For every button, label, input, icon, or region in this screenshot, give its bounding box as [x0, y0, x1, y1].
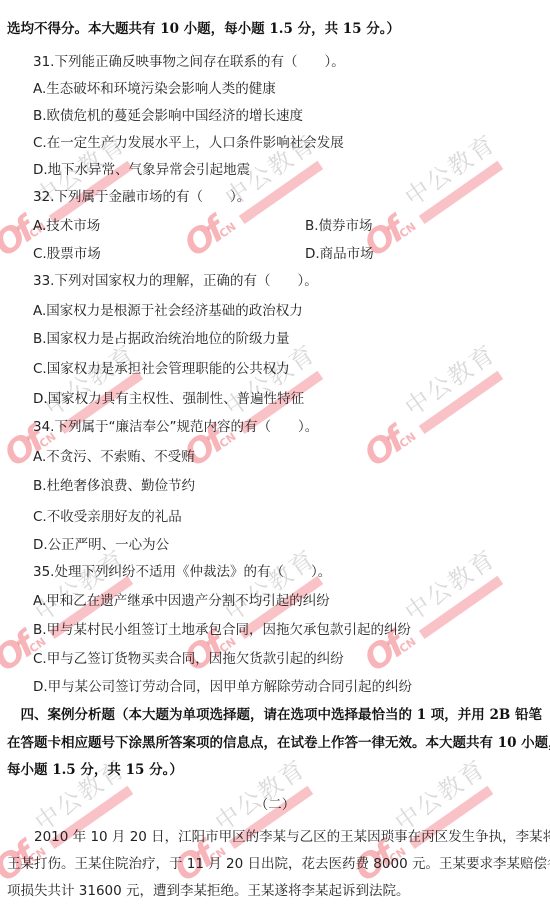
question-31-option-b: B.欧债危机的蔓延会影响中国经济的增长速度	[33, 108, 303, 124]
question-31-option-c: C.在一定生产力发展水平上，人口条件影响社会发展	[33, 135, 344, 151]
watermark-logo: OfCN 中公教育	[328, 94, 519, 265]
question-35-stem: 35.处理下列纠纷不适用《仲裁法》的有（ ）。	[33, 564, 331, 580]
question-32-option-a: A.技术市场	[33, 218, 100, 234]
section-4-instruction-line-2: 在答题卡相应题号下涂黑所答案项的信息点，在试卷上作答一律无效。本大题共有 10 …	[7, 735, 550, 751]
question-35-option-c: C.甲与乙签订货物买卖合同，因拖欠货款引起的纠纷	[33, 651, 344, 667]
question-32-option-c: C.股票市场	[33, 246, 101, 262]
question-34-stem: 34.下列属于“廉洁奉公”规范内容的有（ ）。	[33, 419, 318, 435]
question-32-option-b: B.债券市场	[305, 218, 373, 234]
question-33-stem: 33.下列对国家权力的理解，正确的有（ ）。	[33, 273, 318, 289]
question-31-option-a: A.生态破坏和环境污染会影响人类的健康	[33, 81, 276, 97]
question-34-option-a: A.不贪污、不索贿、不受贿	[33, 449, 195, 465]
question-34-option-b: B.杜绝奢侈浪费、勤俭节约	[33, 478, 195, 494]
question-34-option-c: C.不收受亲朋好友的礼品	[33, 509, 182, 525]
case-text-line-1: 2010 年 10 月 20 日，江阳市甲区的李某与乙区的王某因琐事在丙区发生争…	[7, 829, 550, 845]
case-text-line-2: 王某打伤。王某住院治疗，于 11 月 20 日出院，花去医药费 8000 元。王…	[7, 856, 550, 872]
section-4-heading: 四、案例分析题（本大题为单项选择题，请在选项中选择最恰当的 1 项，并用 2B …	[7, 707, 542, 723]
question-33-option-b: B.国家权力是占据政治统治地位的阶级力量	[33, 331, 290, 347]
question-34-option-d: D.公正严明、一心为公	[33, 537, 169, 553]
question-35-option-a: A.甲和乙在遗产继承中因遗产分割不均引起的纠纷	[33, 593, 330, 609]
case-heading: （二）	[0, 797, 550, 813]
question-32-option-d: D.商品市场	[305, 246, 374, 262]
question-31-option-d: D.地下水异常、气象异常会引起地震	[33, 162, 250, 178]
case-text-line-3: 项损失共计 31600 元，遭到李某拒绝。王某遂将李某起诉到法院。	[7, 883, 410, 899]
question-32-stem: 32.下列属于金融市场的有（ ）。	[33, 189, 250, 205]
section-4-instruction-line-3: 每小题 1.5 分，共 15 分。）	[7, 762, 183, 778]
watermark-logo: OfCN 中公教育	[328, 509, 519, 680]
question-35-option-d: D.甲与某公司签订劳动合同，因甲单方解除劳动合同引起的纠纷	[33, 679, 412, 695]
question-33-option-c: C.国家权力是承担社会管理职能的公共权力	[33, 361, 290, 377]
question-35-option-b: B.甲与某村民小组签订土地承包合同，因拖欠承包款引起的纠纷	[33, 622, 411, 638]
question-31-stem: 31.下列能正确反映事物之间存在联系的有（ ）。	[33, 54, 345, 70]
question-33-option-d: D.国家权力具有主权性、强制性、普遍性特征	[33, 391, 304, 407]
question-33-option-a: A.国家权力是根源于社会经济基础的政治权力	[33, 303, 303, 319]
watermark-logo: OfCN 中公教育	[328, 304, 519, 475]
section-instruction-tail: 选均不得分。本大题共有 10 小题，每小题 1.5 分，共 15 分。）	[7, 21, 400, 37]
